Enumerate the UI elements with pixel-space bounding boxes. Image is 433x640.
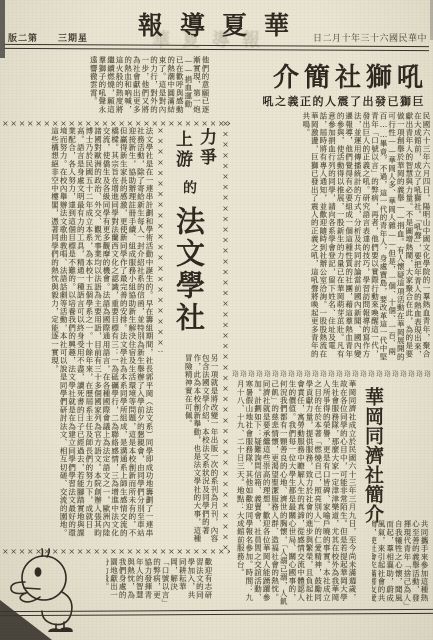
french-article-body: 法文學社是在一連串計劃和學術活動中誕生的。早在籌組期間，社長郭平岡（法文系）同學… [3,127,153,543]
french-article-headline-main: 法文學社 [169,206,210,346]
lion-article-body: 民國六十三年六月四日，陽明山中國文化學院的一羣熱血青年，聚合在大成館前，成立了吼… [234,112,430,366]
masthead-page-label: 版二第 [8,31,38,44]
scan-artifact-top-left [0,0,5,58]
french-article-headline-part3: 的 [179,180,199,194]
masthead-title: 報導夏華 [138,6,306,42]
box-border-right: ××××××××××××××××××××××××××××××××××××××××… [220,119,230,549]
masthead-weekday: 三期星 [58,31,88,44]
tongji-article-headline: 華岡同濟社簡介 [360,387,387,522]
tongji-article-body: 華岡同濟社成立於民國六十三年三月九日，至今尚未滿週歲，故在各位同學的心目中，可能… [232,380,356,606]
french-article-headline-part2: 上游 [170,130,195,170]
lion-article-headline: 介簡社獅吼 [273,57,428,94]
french-article-body-below-headline: 另一項就是將改變一年出版一次的系刊為月刊，內容包含法國文學介紹、本校法文系狀況及… [162,354,218,544]
lion-article-body-continued: 他們的意願已逐漸實現，第一炮——捐血運動已在歡呼與感動的熱潮中圓滿結束了。這是對… [3,56,209,116]
newspaper-page: 華夏導報 報導夏華 版二第 三期星 日二月十年三十六國民華中 介簡社獅吼 吼之義… [0,0,433,640]
duck-cartoon [4,548,104,632]
lion-article-subhead: 吼之義正的人震了出發已獅巨 [263,93,426,109]
tongji-article-divider: 珞珞珞珞珞珞珞珞珞珞珞珞珞珞珞珞珞珞珞珞珞珞珞珞珞珞珞 [232,369,431,379]
french-article-body-closing: 歡迎有志研習法文的同學加入，共同耕耘華岡，解決「口號以言」的弊病，更協力發揮青年… [106,558,212,606]
french-article-headline-part1: 力爭 [194,128,219,168]
box-border-inner: ××××××××××××××××××××××××× [155,126,165,352]
bottom-rule [0,609,433,616]
masthead-date: 日二月十年三十六國民華中 [313,31,427,44]
tongji-article-body-lower-right: 共同攜手來參加這種熱心至善的義舉活動，發揮現代青年「捨己為人」自我犧牲之心懷，聞… [372,520,428,608]
